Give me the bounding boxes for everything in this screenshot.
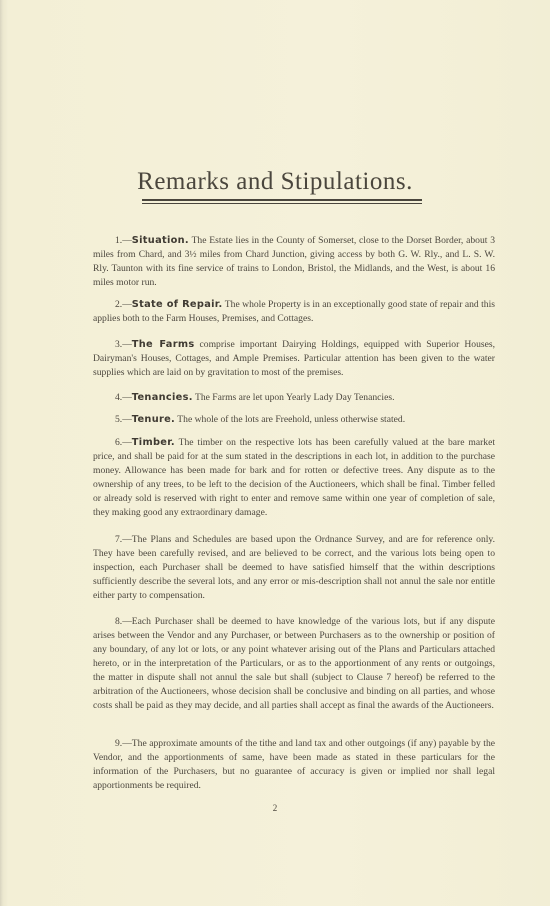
clause-heading: Tenure. bbox=[132, 414, 175, 425]
clause-number: 4.— bbox=[93, 392, 132, 403]
clause-text: The timber on the respective lots has be… bbox=[93, 437, 495, 518]
clause-text: The Farms are let upon Yearly Lady Day T… bbox=[193, 392, 395, 403]
title-underline-thick bbox=[142, 199, 422, 201]
clause-heading: Timber. bbox=[132, 437, 175, 448]
clause-tenure: 5.—Tenure. The whole of the lots are Fre… bbox=[93, 413, 495, 427]
clause-text: The approximate amounts of the tithe and… bbox=[93, 738, 495, 791]
clause-number: 8.— bbox=[93, 616, 132, 627]
clause-the-farms: 3.—The Farms comprise important Dairying… bbox=[93, 338, 495, 380]
clause-outgoings: 9.—The approximate amounts of the tithe … bbox=[93, 737, 495, 793]
clause-disputes: 8.—Each Purchaser shall be deemed to hav… bbox=[93, 615, 495, 713]
clause-plans-and-schedules: 7.—The Plans and Schedules are based upo… bbox=[93, 533, 495, 603]
clause-text: The whole of the lots are Freehold, unle… bbox=[175, 414, 405, 425]
clause-text: The Plans and Schedules are based upon t… bbox=[93, 534, 495, 601]
document-page: Remarks and Stipulations. 1.—Situation. … bbox=[0, 0, 550, 906]
clause-heading: State of Repair. bbox=[132, 299, 223, 310]
clause-heading: Tenancies. bbox=[132, 392, 193, 403]
clause-number: 1.— bbox=[93, 235, 132, 246]
clause-number: 9.— bbox=[93, 738, 132, 749]
clause-number: 7.— bbox=[93, 534, 132, 545]
clause-number: 6.— bbox=[93, 437, 132, 448]
clause-number: 3.— bbox=[93, 339, 132, 350]
page-title: Remarks and Stipulations. bbox=[0, 168, 550, 196]
clause-timber: 6.—Timber. The timber on the respective … bbox=[93, 436, 495, 520]
clause-number: 2.— bbox=[93, 299, 132, 310]
clause-situation: 1.—Situation. The Estate lies in the Cou… bbox=[93, 234, 495, 290]
clause-number: 5.— bbox=[93, 414, 132, 425]
clause-state-of-repair: 2.—State of Repair. The whole Property i… bbox=[93, 298, 495, 326]
clause-heading: The Farms bbox=[132, 339, 195, 350]
clause-tenancies: 4.—Tenancies. The Farms are let upon Yea… bbox=[93, 391, 495, 405]
clause-text: Each Purchaser shall be deemed to have k… bbox=[93, 616, 495, 711]
clause-heading: Situation. bbox=[132, 235, 189, 246]
page-number: 2 bbox=[0, 803, 550, 813]
title-underline-thin bbox=[142, 203, 422, 204]
